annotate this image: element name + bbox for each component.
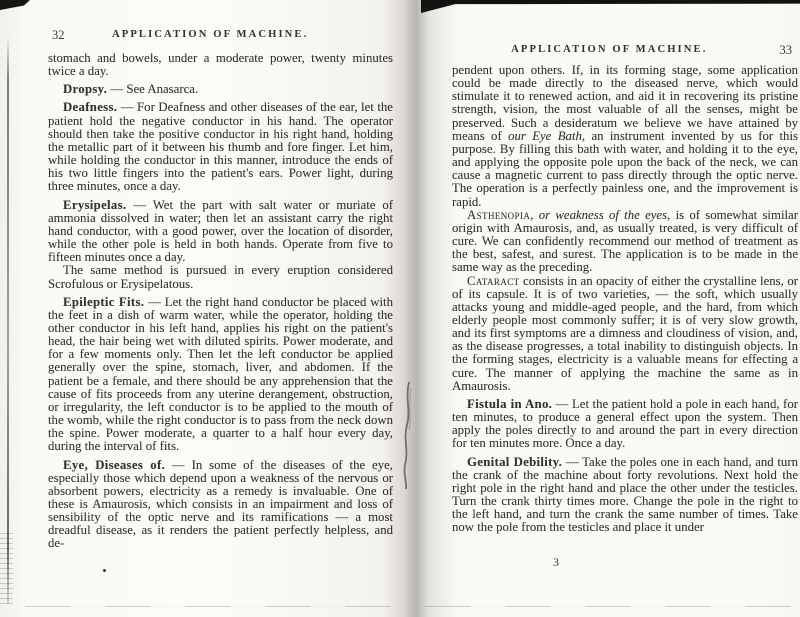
text-run: Epileptic Fits. xyxy=(63,295,144,309)
text-run: Cataract xyxy=(467,274,520,288)
right-running-header: APPLICATION OF MACHINE. xyxy=(511,44,707,55)
right-page-number: 33 xyxy=(780,43,793,58)
left-page-header: 32 APPLICATION OF MACHINE. xyxy=(48,29,392,45)
text-run: — See Anasarca. xyxy=(107,82,198,96)
paragraph: Epileptic Fits. — Let the right hand con… xyxy=(48,296,393,454)
text-run: Dropsy. xyxy=(63,82,107,96)
text-run: stomach and bowels, under a moderate pow… xyxy=(48,52,393,78)
text-run: Asthenopia xyxy=(467,208,530,222)
text-run: — For Deafness and other diseases of the… xyxy=(48,100,393,193)
paragraph: Asthenopia, or weakness of the eyes, is … xyxy=(452,209,798,275)
text-run: or weakness of the eyes xyxy=(539,208,667,222)
paragraph: Cataract consists in an opacity of eithe… xyxy=(452,275,798,393)
text-run: , xyxy=(530,208,538,222)
book-spread-scan: 32 APPLICATION OF MACHINE. APPLICATION O… xyxy=(0,0,800,617)
text-run: Genital Debility. xyxy=(467,455,562,469)
scan-crease-mark xyxy=(396,378,420,493)
paragraph: Genital Debility. — Take the poles one i… xyxy=(452,456,798,535)
left-page-number: 32 xyxy=(52,28,65,43)
scan-left-edge-hatch xyxy=(0,533,13,605)
paragraph: Deafness. — For Deafness and other disea… xyxy=(48,101,393,193)
scan-left-edge-line xyxy=(7,36,9,604)
text-run: Eye, Diseases of. xyxy=(63,458,165,472)
text-run: consists in an opacity of either the cry… xyxy=(452,274,798,393)
paragraph: pendent upon others. If, in its forming … xyxy=(452,64,798,209)
text-run: Deafness. xyxy=(63,100,117,114)
left-running-header: APPLICATION OF MACHINE. xyxy=(112,29,308,40)
right-page-body: pendent upon others. If, in its forming … xyxy=(452,64,798,594)
paragraph: The same method is pursued in every erup… xyxy=(48,264,393,290)
text-run: — In some of the diseases of the eye, es… xyxy=(48,458,393,551)
paragraph: Fistula in Ano. — Let the patient hold a… xyxy=(452,398,798,451)
paragraph: Dropsy. — See Anasarca. xyxy=(48,83,393,96)
text-run: Fistula in Ano. xyxy=(467,397,552,411)
left-page-body: stomach and bowels, under a moderate pow… xyxy=(48,52,393,592)
text-run: our Eye Bath xyxy=(508,129,582,143)
scan-bottom-edge-line xyxy=(25,606,795,607)
paragraph: stomach and bowels, under a moderate pow… xyxy=(48,52,393,78)
paragraph: Eye, Diseases of. — In some of the disea… xyxy=(48,459,393,551)
text-run: The same method is pursued in every erup… xyxy=(48,263,393,290)
text-run: — Let the right hand conductor be placed… xyxy=(48,295,393,454)
right-page-header: APPLICATION OF MACHINE. 33 xyxy=(452,44,798,60)
paragraph: Erysipelas. — Wet the part with salt wat… xyxy=(48,199,393,265)
signature-mark: 3 xyxy=(553,555,559,570)
text-run: Erysipelas. xyxy=(63,198,126,212)
